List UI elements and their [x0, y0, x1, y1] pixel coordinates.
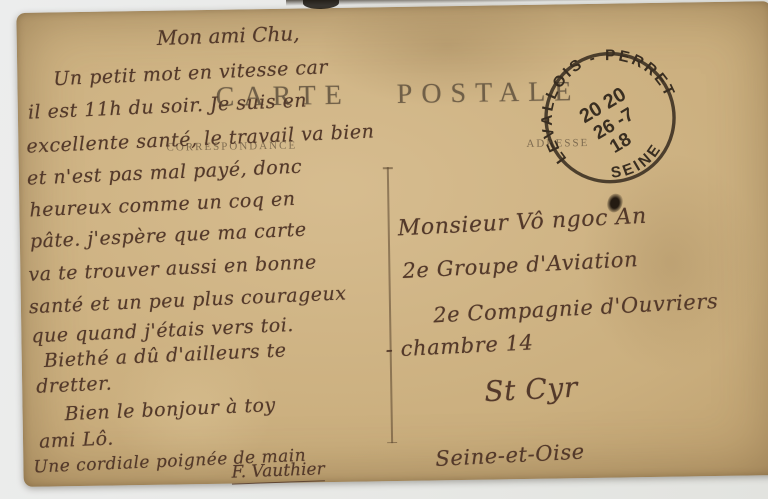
address-line: 2e Groupe d'Aviation	[402, 247, 639, 283]
address-line: Seine-et-Oise	[435, 439, 586, 471]
message-line: va te trouver aussi en bonne	[28, 251, 317, 286]
postcard: CARTE POSTALE CORRESPONDANCE ADRESSE Mon…	[16, 1, 768, 487]
message-line: Bien le bonjour à toy	[64, 394, 276, 425]
postmark-svg: LEVALLOIS - PERRET SEINE 20 20 26 -7 18	[506, 13, 714, 221]
message-line: et n'est pas mal payé, donc	[27, 156, 303, 190]
photo-background: CARTE POSTALE CORRESPONDANCE ADRESSE Mon…	[0, 0, 768, 499]
divider-line	[387, 167, 393, 443]
message-line: dretter.	[36, 372, 113, 397]
divider-serif-top	[383, 167, 393, 169]
divider-serif-bottom	[387, 442, 397, 444]
address-line: 2e Compagnie d'Ouvriers	[433, 289, 719, 327]
message-greeting: Mon ami Chu,	[156, 21, 300, 50]
signature: F. Vauthier	[231, 459, 325, 484]
address-line: St Cyr	[484, 371, 579, 409]
message-line: heureux comme un coq en	[29, 188, 296, 222]
message-line: il est 11h du soir. Je suis en	[27, 90, 307, 124]
message-line: pâte. j'espère que ma carte	[29, 219, 307, 253]
message-line: ami Lô.	[39, 427, 115, 452]
address-line: - chambre 14	[385, 330, 534, 361]
postmark-stamp: LEVALLOIS - PERRET SEINE 20 20 26 -7 18	[506, 13, 714, 221]
message-line: santé et un peu plus courageux	[29, 282, 347, 318]
